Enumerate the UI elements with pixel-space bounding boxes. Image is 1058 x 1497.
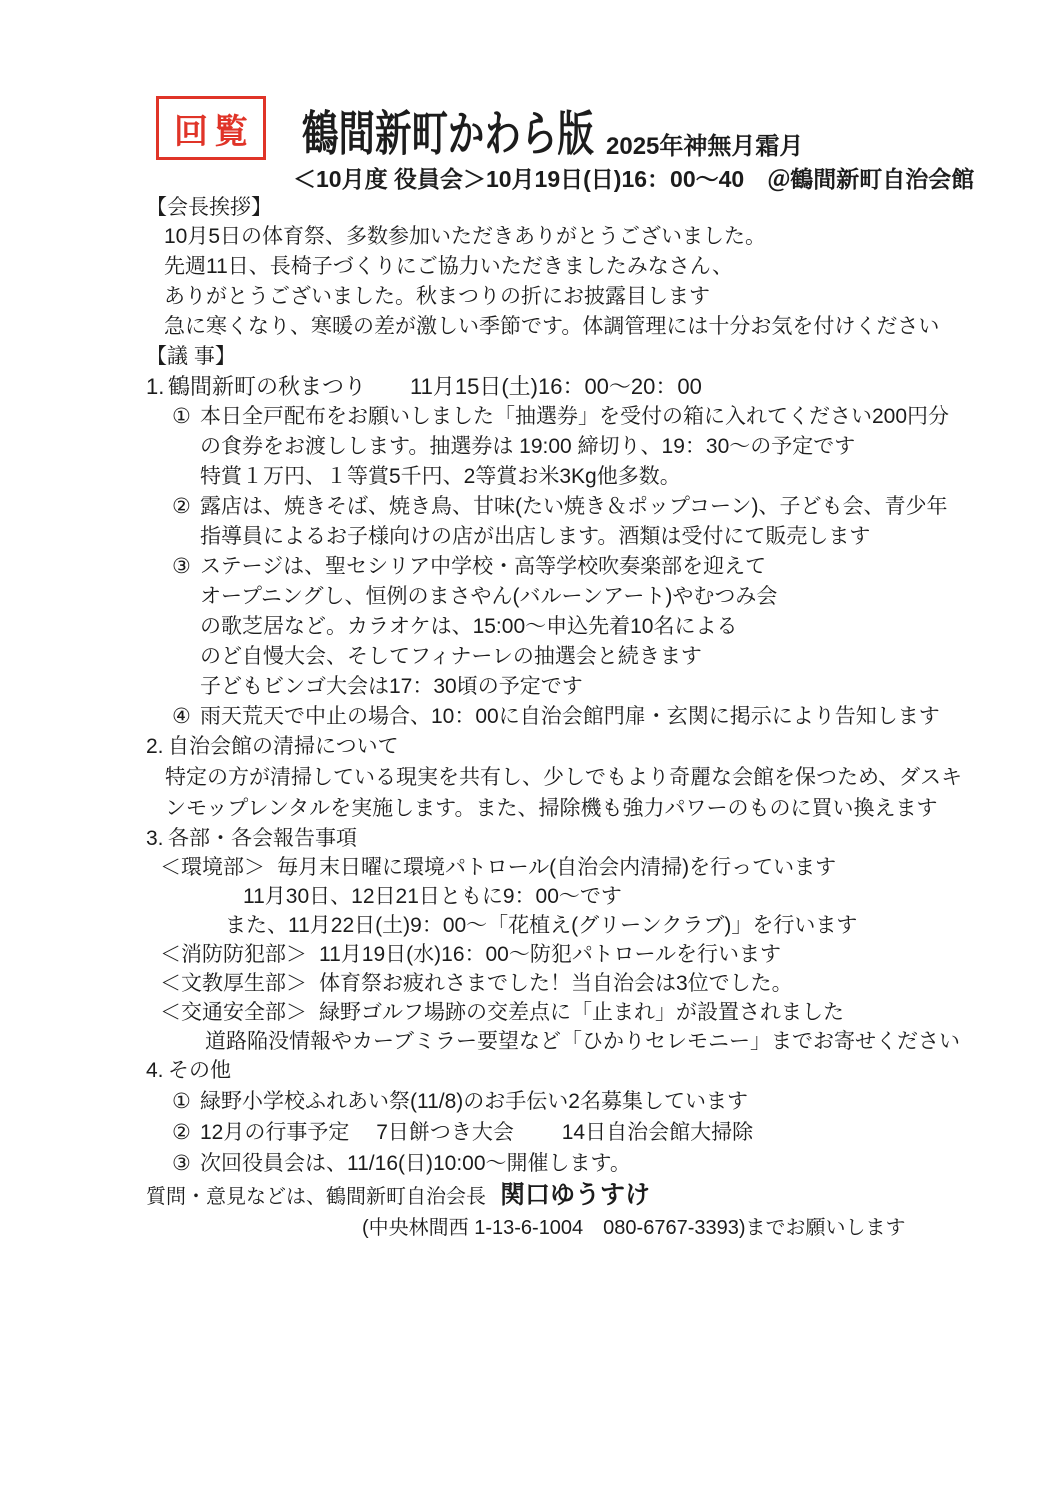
subitem-text: 12月の行事予定 7日餅つき大会 14日自治会館大掃除 <box>200 1117 753 1148</box>
item-number: 4. <box>146 1056 168 1086</box>
subitem-line: 次回役員会は、11/16(日)10:00～開催します。 <box>200 1148 631 1179</box>
kairan-stamp: 回覧 <box>156 96 266 160</box>
report-extra-line: 道路陥没情報やカーブミラー要望など「ひかりセレモニー」までお寄せください <box>0 1027 1058 1056</box>
subitem-marker: ② <box>172 492 200 552</box>
report-label: ＜環境部＞ <box>160 853 265 882</box>
subitem-line: 雨天荒天で中止の場合、10：00に自治会館門扉・玄関に掲示により告知します <box>200 702 940 732</box>
report-text: 毎月末日曜に環境パトロール(自治会内清掃)を行っています <box>277 853 836 882</box>
agenda-subitem: ① 本日全戸配布をお願いしました「抽選券」を受付の箱に入れてください200円分 … <box>0 402 1058 492</box>
greeting-line: 急に寒くなり、寒暖の差が激しい季節です。体調管理には十分お気を付けください <box>0 312 1058 342</box>
subitem-line: の歌芝居など。カラオケは、15:00～申込先着10名による <box>200 612 777 642</box>
subitem-line: のど自慢大会、そしてフィナーレの抽選会と続きます <box>200 642 777 672</box>
newsletter-page: 回覧 鶴間新町かわら版 2025年神無月霜月 ＜10月度 役員会＞10月19日(… <box>0 0 1058 1497</box>
chairman-name: 関口ゆうすけ <box>500 1180 650 1209</box>
greeting-heading: 【会長挨拶】 <box>0 194 1058 222</box>
report-text: 緑野ゴルフ場跡の交差点に「止まれ」が設置されました <box>319 998 844 1027</box>
agenda-item-4-title: 4.その他 <box>0 1056 1058 1086</box>
footer-address: (中央林間西 1-13-6-1004 080-6767-3393)までお願いしま… <box>0 1213 1058 1243</box>
subitem-line: 12月の行事予定 7日餅つき大会 14日自治会館大掃除 <box>200 1117 753 1148</box>
subitem-line: の食券をお渡しします。抽選券は 19:00 締切り、19：30～の予定です <box>200 432 949 462</box>
greeting-line: 10月5日の体育祭、多数参加いただきありがとうございました。 <box>0 222 1058 252</box>
report-fire-crime: ＜消防防犯部＞ 11月19日(水)16：00～防犯パトロールを行います <box>0 940 1058 969</box>
subitem-line: ステージは、聖セシリア中学校・高等学校吹奏楽部を迎えて <box>200 552 777 582</box>
subitem-marker: ④ <box>172 702 200 732</box>
report-culture-welfare: ＜文教厚生部＞ 体育祭お疲れさまでした！当自治会は3位でした。 <box>0 969 1058 998</box>
footer-contact: 質問・意見などは、鶴間新町自治会長関口ゆうすけ <box>0 1179 1058 1213</box>
subitem-text: ステージは、聖セシリア中学校・高等学校吹奏楽部を迎えて オープニングし、恒例のま… <box>200 552 777 702</box>
report-extra-line: 11月30日、12日21日ともに9：00～です <box>0 882 1058 911</box>
footer-contact-prefix: 質問・意見などは、鶴間新町自治会長 <box>146 1186 486 1208</box>
subitem-line: 本日全戸配布をお願いしました「抽選券」を受付の箱に入れてください200円分 <box>200 402 949 432</box>
subitem-text: 次回役員会は、11/16(日)10:00～開催します。 <box>200 1148 631 1179</box>
greeting-line: ありがとうございました。秋まつりの折にお披露目します <box>0 282 1058 312</box>
item-title: 自治会館の清掃について <box>168 735 399 758</box>
agenda-item-2-title: 2.自治会館の清掃について <box>0 732 1058 762</box>
subitem-text: 緑野小学校ふれあい祭(11/8)のお手伝い2名募集しています <box>200 1086 748 1117</box>
item-title: その他 <box>168 1059 231 1082</box>
report-label: ＜交通安全部＞ <box>160 998 307 1027</box>
agenda-subitem: ② 露店は、焼きそば、焼き鳥、甘味(たい焼き＆ポップコーン)、子ども会、青少年 … <box>0 492 1058 552</box>
subitem-line: 特賞１万円、１等賞5千円、2等賞お米3Kg他多数。 <box>200 462 949 492</box>
header: 回覧 鶴間新町かわら版 2025年神無月霜月 <box>0 96 1058 164</box>
item-title: 各部・各会報告事項 <box>168 827 357 850</box>
report-environment: ＜環境部＞ 毎月末日曜に環境パトロール(自治会内清掃)を行っています <box>0 853 1058 882</box>
subitem-marker: ② <box>172 1117 200 1148</box>
agenda-heading: 【議 事】 <box>0 342 1058 372</box>
agenda-subitem: ③ ステージは、聖セシリア中学校・高等学校吹奏楽部を迎えて オープニングし、恒例… <box>0 552 1058 702</box>
item-number: 3. <box>146 824 168 853</box>
subitem-text: 本日全戸配布をお願いしました「抽選券」を受付の箱に入れてください200円分 の食… <box>200 402 949 492</box>
item-schedule: 11月15日(土)16：00～20：00 <box>410 374 702 399</box>
report-traffic-safety: ＜交通安全部＞ 緑野ゴルフ場跡の交差点に「止まれ」が設置されました <box>0 998 1058 1027</box>
report-label: ＜文教厚生部＞ <box>160 969 307 998</box>
greeting-line: 先週11日、長椅子づくりにご協力いただきましたみなさん、 <box>0 252 1058 282</box>
subitem-line: オープニングし、恒例のまさやん(バルーンアート)やむつみ会 <box>200 582 777 612</box>
subitem-marker: ③ <box>172 1148 200 1179</box>
kairan-stamp-label: 回覧 <box>168 104 254 153</box>
subitem-line: 露店は、焼きそば、焼き鳥、甘味(たい焼き＆ポップコーン)、子ども会、青少年 <box>200 492 948 522</box>
item-2-line: ンモップレンタルを実施します。また、掃除機も強力パワーのものに買い換えます <box>0 793 1058 824</box>
report-text: 11月19日(水)16：00～防犯パトロールを行います <box>319 940 781 969</box>
agenda-item-3-title: 3.各部・各会報告事項 <box>0 824 1058 853</box>
agenda-item-1-title: 1.鶴間新町の秋まつり11月15日(土)16：00～20：00 <box>0 372 1058 402</box>
subitem-marker: ③ <box>172 552 200 702</box>
agenda-subitem: ① 緑野小学校ふれあい祭(11/8)のお手伝い2名募集しています <box>0 1086 1058 1117</box>
subitem-line: 子どもビンゴ大会は17：30頃の予定です <box>200 672 777 702</box>
subitem-text: 露店は、焼きそば、焼き鳥、甘味(たい焼き＆ポップコーン)、子ども会、青少年 指導… <box>200 492 948 552</box>
agenda-subitem: ④ 雨天荒天で中止の場合、10：00に自治会館門扉・玄関に掲示により告知します <box>0 702 1058 732</box>
item-2-line: 特定の方が清掃している現実を共有し、少しでもより奇麗な会館を保つため、ダスキ <box>0 762 1058 793</box>
newsletter-title: 鶴間新町かわら版 <box>302 104 594 164</box>
report-label: ＜消防防犯部＞ <box>160 940 307 969</box>
agenda-subitem: ② 12月の行事予定 7日餅つき大会 14日自治会館大掃除 <box>0 1117 1058 1148</box>
item-number: 2. <box>146 732 168 762</box>
meeting-info: ＜10月度 役員会＞10月19日(日)16：00～40 ＠鶴間新町自治会館 <box>0 164 1058 194</box>
subitem-line: 緑野小学校ふれあい祭(11/8)のお手伝い2名募集しています <box>200 1086 748 1117</box>
agenda-subitem: ③ 次回役員会は、11/16(日)10:00～開催します。 <box>0 1148 1058 1179</box>
item-number: 1. <box>146 372 168 402</box>
report-extra-line: また、11月22日(土)9：00～「花植え(グリーンクラブ)」を行います <box>0 911 1058 940</box>
issue-date: 2025年神無月霜月 <box>606 130 803 164</box>
subitem-marker: ① <box>172 402 200 492</box>
subitem-text: 雨天荒天で中止の場合、10：00に自治会館門扉・玄関に掲示により告知します <box>200 702 940 732</box>
report-text: 体育祭お疲れさまでした！当自治会は3位でした。 <box>319 969 793 998</box>
subitem-line: 指導員によるお子様向けの店が出店します。酒類は受付にて販売します <box>200 522 948 552</box>
subitem-marker: ① <box>172 1086 200 1117</box>
item-title: 鶴間新町の秋まつり <box>168 374 366 399</box>
